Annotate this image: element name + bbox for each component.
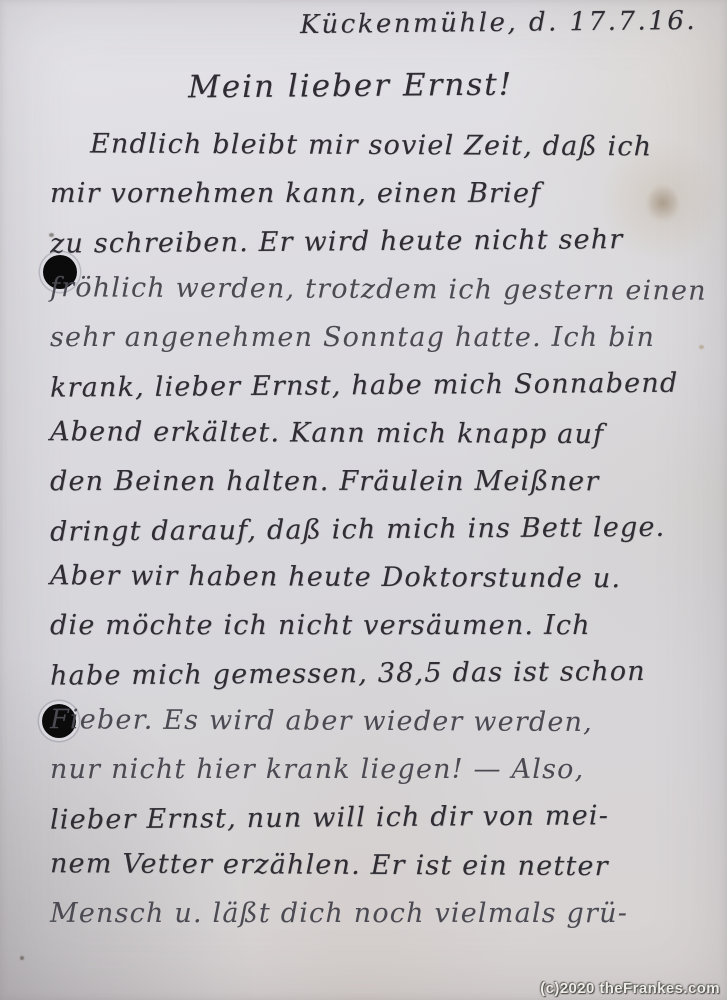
letter-scan-page: Kückenmühle, d. 17.7.16. Mein lieber Ern… (0, 0, 727, 1000)
letter-line: mir vornehmen kann, einen Brief (50, 170, 721, 218)
letter-line: sehr angenehmen Sonntag hatte. Ich bin (50, 314, 721, 362)
letter-line: fröhlich werden, trotzdem ich gestern ei… (50, 264, 721, 316)
dateline: Kückenmühle, d. 17.7.16. (300, 6, 697, 40)
letter-body: Endlich bleibt mir soviel Zeit, daß ich … (50, 122, 721, 938)
salutation: Mein lieber Ernst! (188, 67, 513, 106)
letter-line: nur nicht hier krank liegen! — Also, (50, 746, 721, 794)
letter-line: lieber Ernst, nun will ich dir von mei- (50, 791, 721, 844)
letter-line: habe mich gemessen, 38,5 das ist schon (50, 647, 721, 700)
paper-speck (20, 956, 24, 960)
letter-line: Abend erkältet. Kann mich knapp auf (50, 408, 721, 460)
watermark: (c)2020 theFrankes.com (540, 980, 720, 997)
letter-line: Aber wir haben heute Doktorstunde u. (50, 552, 721, 604)
letter-line: nem Vetter erzählen. Er ist ein netter (50, 840, 721, 892)
letter-line: Mensch u. läßt dich noch vielmals grü- (50, 890, 721, 938)
letter-line: Fieber. Es wird aber wieder werden, (50, 696, 721, 748)
letter-line: krank, lieber Ernst, habe mich Sonnabend (50, 359, 721, 412)
letter-line: die möchte ich nicht versäumen. Ich (50, 602, 721, 650)
letter-line: dringt darauf, daß ich mich ins Bett leg… (50, 503, 721, 556)
letter-line: zu schreiben. Er wird heute nicht sehr (50, 215, 721, 268)
letter-line: den Beinen halten. Fräulein Meißner (50, 458, 721, 506)
letter-line: Endlich bleibt mir soviel Zeit, daß ich (50, 120, 721, 172)
